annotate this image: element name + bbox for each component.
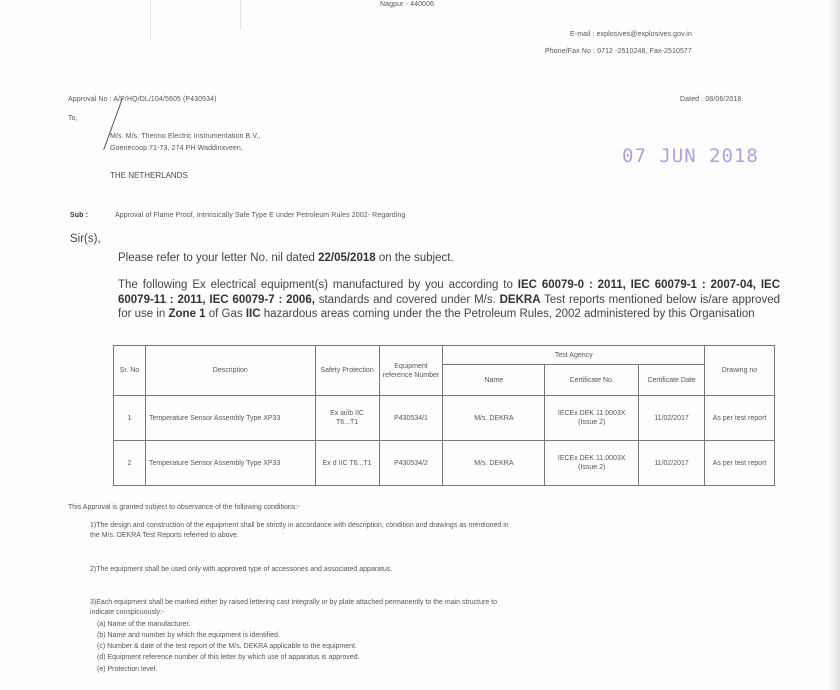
zone-label: Zone 1 (169, 308, 206, 320)
addressee-line-1: M/s. M/s. Thermo Electric Instrumentatio… (110, 133, 261, 140)
scan-artifact (150, 0, 151, 40)
approval-number: Approval No : A/P/HQ/DL/104/5605 (P43053… (68, 96, 217, 103)
condition-1-line-1: 1)The design and construction of the equ… (90, 521, 509, 530)
conditions-intro: This Approval is granted subject to obse… (68, 503, 300, 512)
cell-safety-protection: Ex d IIC T6...T1 (315, 441, 379, 486)
letterhead-email: E-mail : explosives@explosives.gov.in (570, 31, 692, 38)
condition-3-line-2: indicate conspicuously:- (90, 608, 164, 617)
issue-date: Dated : 08/06/2018 (680, 96, 741, 103)
marking-item-d: (d) Equipment reference number of this l… (97, 653, 360, 662)
cell-certificate-no: IECEx DEK 11.0003X (Issue 2) (545, 396, 639, 441)
letterhead-phone-fax: Phone/Fax No : 0712 -2510248, Fax-251057… (545, 48, 692, 55)
condition-2: 2)The equipment shall be used only with … (90, 565, 392, 574)
reference-line-post: on the subject. (376, 252, 454, 264)
para-text: standards and covered under M/s. (315, 294, 500, 306)
reference-line: Please refer to your letter No. nil date… (118, 252, 454, 264)
page-edge-shadow (828, 0, 840, 690)
cell-agency-name: M/s. DEKRA (443, 396, 545, 441)
cell-certificate-no: IECEx DEK 11.0003X (Issue 2) (545, 441, 639, 486)
header-name: Name (443, 365, 545, 396)
para-text: of Gas (206, 308, 246, 320)
received-date-stamp: 07 JUN 2018 (622, 145, 759, 167)
scan-artifact (240, 0, 241, 30)
cell-agency-name: M/s. DEKRA (443, 441, 545, 486)
salutation: Sir(s), (70, 233, 101, 245)
cell-equipment-ref: P430534/2 (379, 441, 443, 486)
approval-paragraph: The following Ex electrical equipment(s)… (118, 278, 780, 322)
table-row: 2 Temperature Sensor Assembly Type XP33 … (114, 441, 775, 486)
subject-text: Approval of Flame Proof, Intrinsically S… (115, 212, 405, 219)
letterhead-city-pin: Nagpur - 440006 (380, 1, 434, 8)
equipment-table: Sr. No Description Safety Protection Equ… (113, 345, 775, 486)
addressee-country: THE NETHERLANDS (110, 171, 188, 180)
para-text: hazardous areas coming under the the Pet… (261, 308, 755, 320)
marking-item-a: (a) Name of the manufacturer. (97, 620, 190, 629)
scanned-letter-page: Nagpur - 440006 E-mail : explosives@expl… (0, 0, 840, 690)
cell-description: Temperature Sensor Assembly Type XP33 (145, 441, 315, 486)
header-safety-protection: Safety Protection (315, 346, 379, 396)
agency-name: DEKRA (500, 294, 541, 306)
reference-line-pre: Please refer to your letter No. nil date… (118, 252, 318, 264)
reference-date: 22/05/2018 (318, 252, 376, 264)
table-row: 1 Temperature Sensor Assembly Type XP33 … (114, 396, 775, 441)
header-test-agency: Test Agency (443, 346, 705, 365)
cell-certificate-date: 11/02/2017 (639, 396, 705, 441)
condition-1-line-2: the M/s. DEKRA Test Reports referred to … (90, 531, 239, 540)
to-label: To, (68, 115, 78, 122)
header-certificate-date: Certificate Date (639, 365, 705, 396)
cell-certificate-date: 11/02/2017 (639, 441, 705, 486)
header-sr-no: Sr. No (114, 346, 146, 396)
header-drawing-no: Drawing no (705, 346, 775, 396)
cell-sr-no: 1 (114, 396, 146, 441)
subject-label: Sub : (70, 212, 88, 219)
addressee-line-2: Goenecoop 71-73, 274 PH Waddinxveen, (110, 145, 243, 152)
cell-drawing-no: As per test report (705, 396, 775, 441)
cell-description: Temperature Sensor Assembly Type XP33 (145, 396, 315, 441)
header-certificate-no: Certificate No. (545, 365, 639, 396)
cell-equipment-ref: P430534/1 (379, 396, 443, 441)
cell-safety-protection: Ex ia/ib IIC T6...T1 (315, 396, 379, 441)
header-equipment-ref: Equipment reference Number (379, 346, 443, 396)
marking-item-b: (b) Name and number by which the equipme… (97, 631, 280, 640)
cell-sr-no: 2 (114, 441, 146, 486)
pen-mark (103, 98, 123, 150)
marking-item-c: (c) Number & date of the test report of … (97, 642, 357, 651)
gas-group: IIC (246, 308, 261, 320)
para-text: The following Ex electrical equipment(s)… (118, 279, 518, 291)
cell-drawing-no: As per test report (705, 441, 775, 486)
marking-item-e: (e) Protection level. (97, 665, 157, 674)
condition-3-line-1: 3)Each equipment shall be marked either … (90, 598, 497, 607)
header-description: Description (145, 346, 315, 396)
